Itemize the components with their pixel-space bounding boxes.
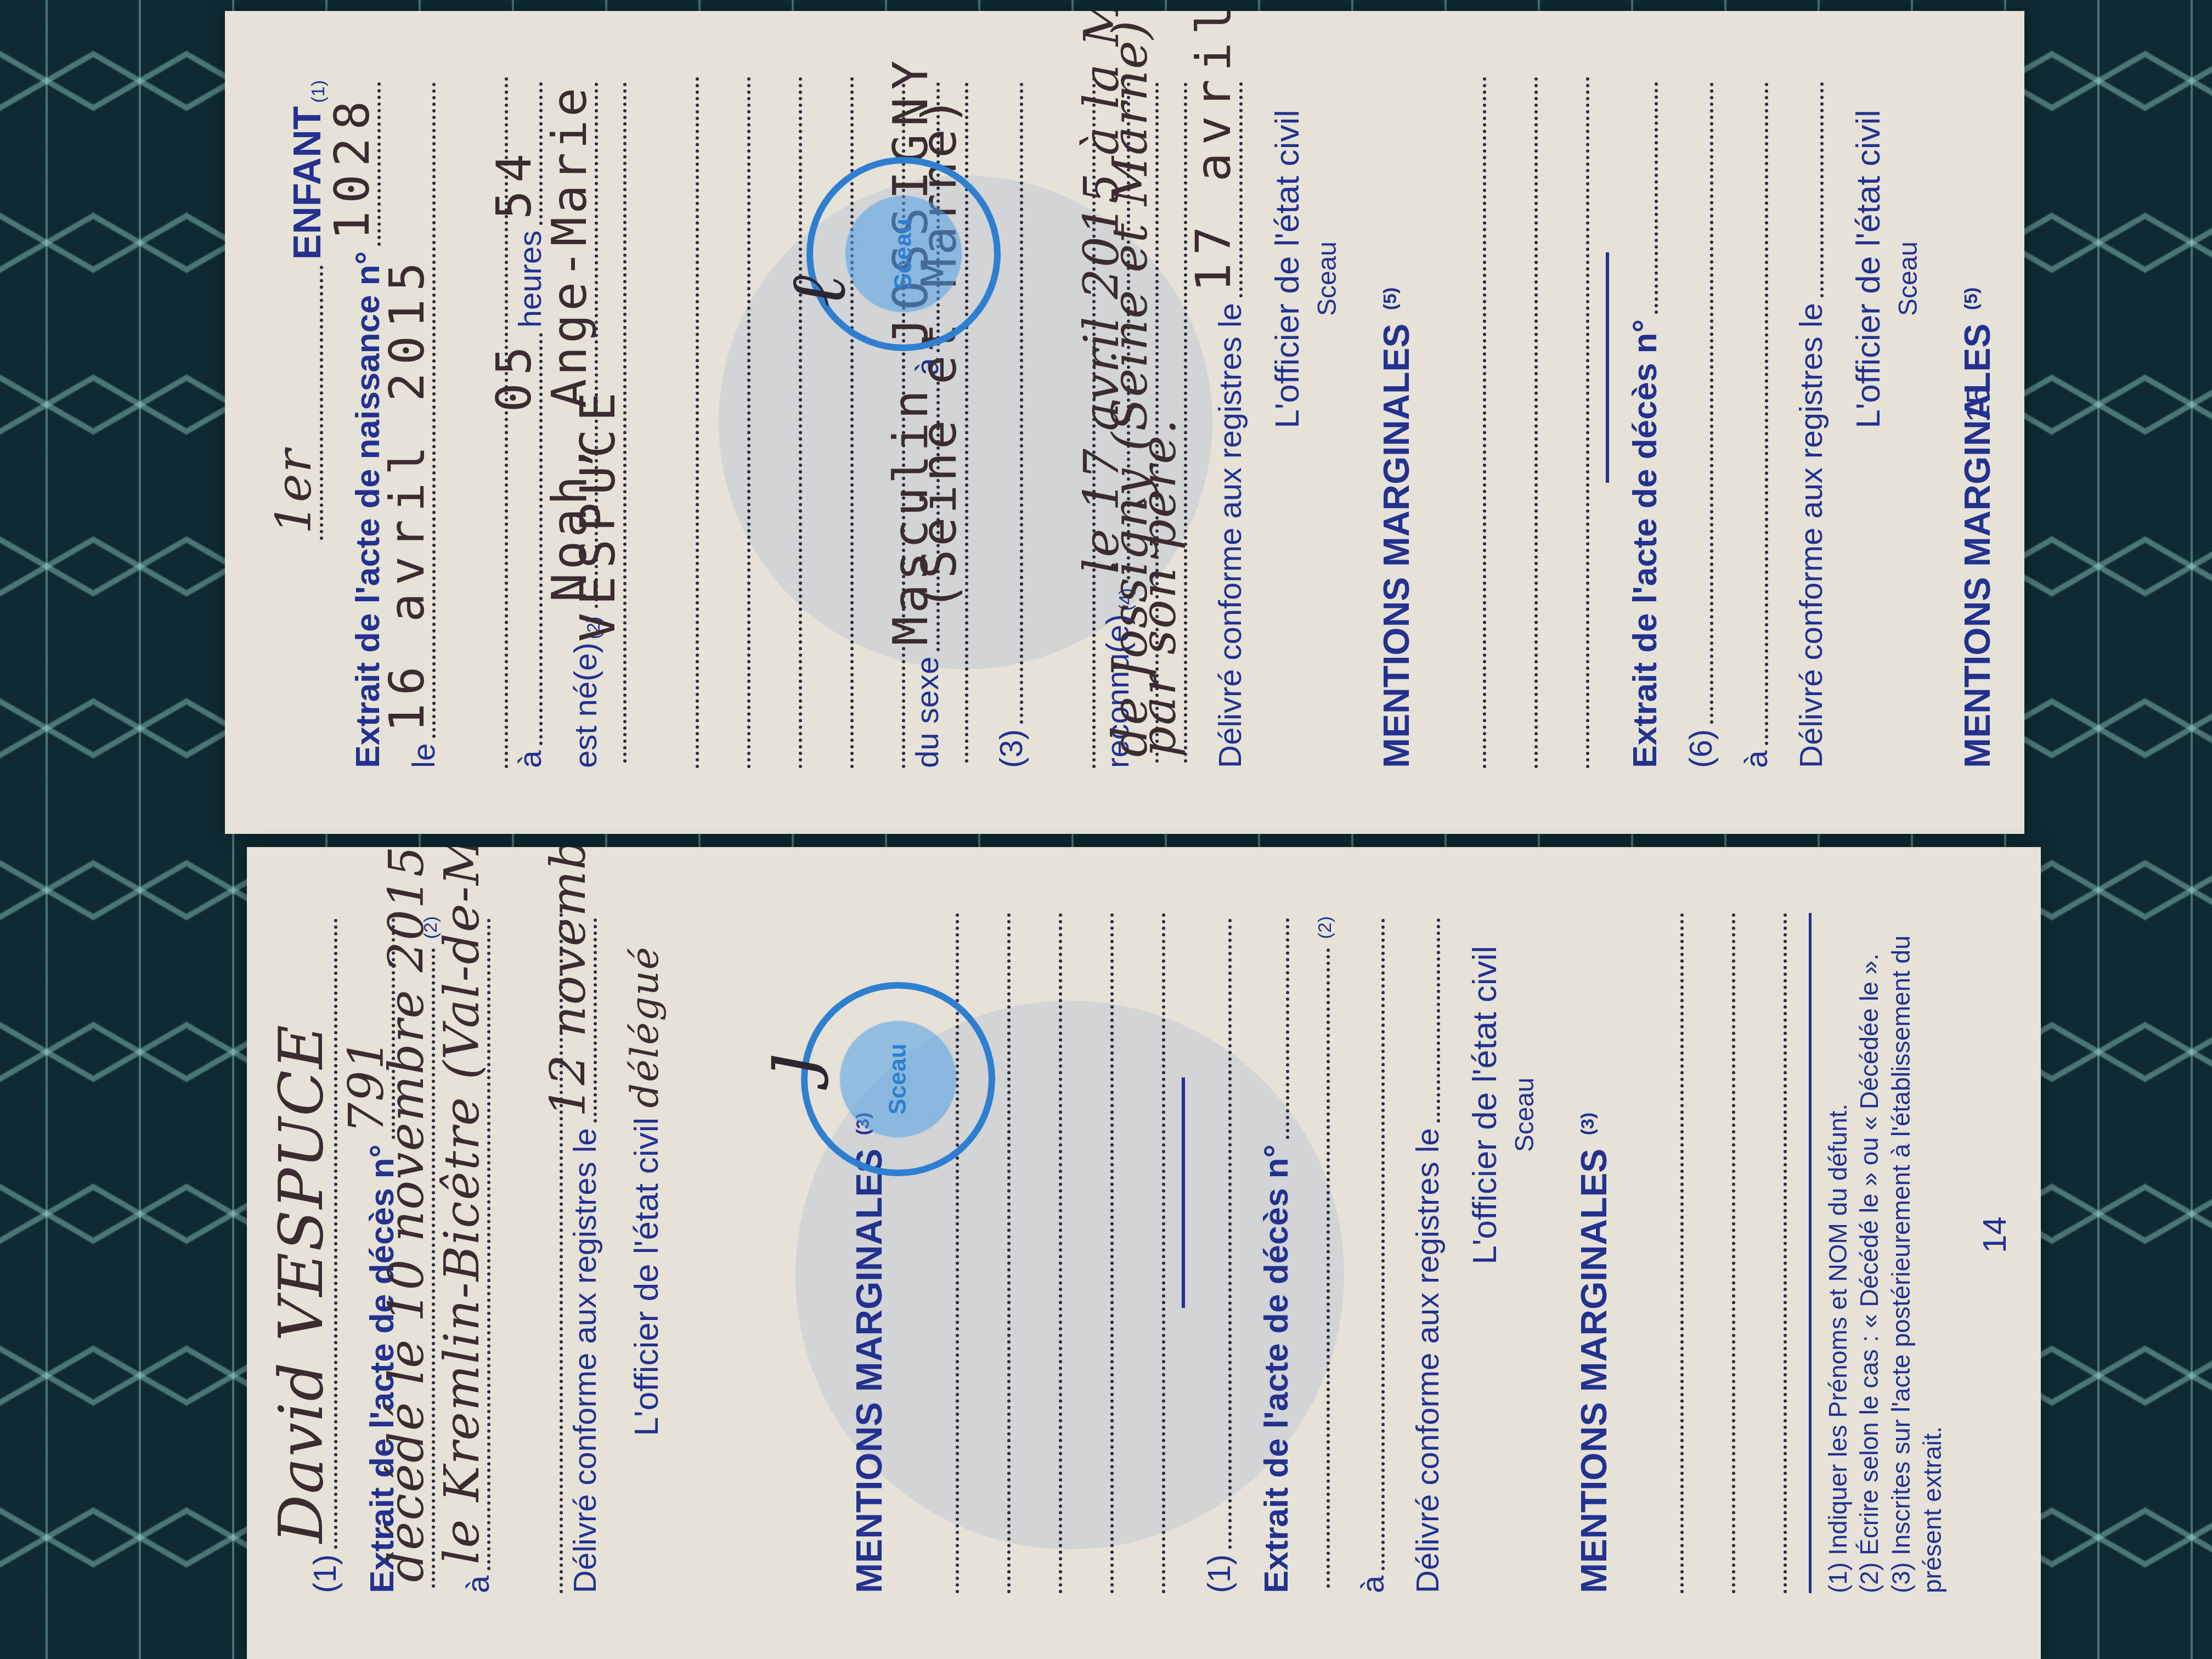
death-extract-row-2: Extrait de l'acte de décès n° (1257, 913, 1296, 1593)
stamp-center-text: Sceau (884, 1007, 912, 1152)
left-page-14: (1) David VESPUCE Extrait de l'acte de d… (247, 847, 2041, 1659)
delivered-row: Délivré conforme aux registres le 17 avr… (1212, 77, 1249, 768)
marginal-mentions-heading-2: MENTIONS MARGINALES (3) (1573, 913, 1615, 1593)
a-label: à (460, 1576, 497, 1593)
death-extract-row: Extrait de l'acte de décès n° (1626, 77, 1664, 768)
marginal-mentions-heading-2: MENTIONS MARGINALES (5) (1956, 77, 1998, 768)
delivered-label: Délivré conforme aux registres le (1793, 303, 1830, 768)
blank-line (1542, 77, 1589, 768)
surname-value: VESPUCE (570, 385, 625, 642)
footnote-ref: (5) (1961, 287, 1982, 311)
seal-label: Sceau (1510, 1077, 1540, 1593)
footnote-ref: (5) (1380, 287, 1401, 311)
stamp-space (673, 913, 815, 1593)
divider (1606, 252, 1609, 483)
footnote-ref: (3) (1577, 1113, 1598, 1136)
rank-field: 1er (320, 266, 323, 540)
blank-line (703, 77, 751, 768)
right-page-15: 1er ENFANT (1) Extrait de l'acte de nais… (225, 11, 2024, 834)
minute-value: 54 (486, 146, 541, 219)
blank-line (652, 77, 699, 768)
officer-label: L'officier de l'état civil (1849, 110, 1888, 768)
note6-field (1710, 82, 1713, 724)
hour-value: 05 (486, 338, 541, 412)
deceased-name-row: (1) David VESPUCE (307, 913, 344, 1593)
deceased-name-field: David VESPUCE (334, 918, 337, 1549)
delivered-row-2: Délivré conforme aux registres le (1410, 913, 1447, 1593)
officer-label: L'officier de l'état civil (1465, 946, 1504, 1593)
note6-row: (6) (1683, 77, 1720, 768)
blank-line (1740, 913, 1787, 1593)
delivered-label: Délivré conforme aux registres le (1410, 1128, 1447, 1593)
kremlin-bicetre-stamp: Sceau (801, 982, 995, 1176)
est-ne-label: est né(e) (568, 642, 605, 768)
stamp-center-text: Sceau (890, 182, 917, 326)
sex-label: du sexe (910, 657, 946, 768)
birth-date-field: 16 avril 2015 (432, 82, 436, 738)
rank-value: 1er (266, 448, 321, 534)
surname-field: VESPUCE (623, 82, 627, 763)
death-place-field: le Kremlin-Bicêtre (Val-de-Marne) (487, 918, 490, 1570)
divider (1182, 1077, 1185, 1308)
death-place-field-2 (1381, 918, 1385, 1570)
officer-handwritten: délégué (622, 946, 667, 1108)
seal-label: Sceau (1893, 241, 1923, 768)
death-delivered-field (1820, 82, 1824, 297)
blank-line (1491, 77, 1538, 768)
officer-row: L'officier de l'état civil délégué (622, 946, 667, 1593)
officer-signature: ȷ (741, 1054, 830, 1077)
blank-line (1015, 913, 1062, 1593)
death-place-row-2: à (1355, 913, 1392, 1593)
death-number-field-2 (1286, 918, 1289, 1139)
child-title: ENFANT (285, 106, 330, 260)
deceased-name-row-2: (1) (1201, 913, 1238, 1593)
footnote-ref: (1) (1201, 1554, 1238, 1593)
marginal-mentions-heading: MENTIONS MARGINALES (5) (1375, 77, 1417, 768)
officer-label: L'officier de l'état civil (1268, 110, 1307, 768)
recognized-value-3: par son père. (1131, 418, 1186, 757)
footnote-item: (2) Écrire selon le cas : « Décédé le » … (1854, 913, 1886, 1593)
marginal-mentions-title: MENTIONS MARGINALES (1376, 324, 1417, 768)
blank-line (2020, 77, 2024, 768)
a-label: à (1355, 1576, 1392, 1593)
officer-signature: ℓ (774, 275, 863, 307)
delivered-date-value: 17 avril 2015 (1186, 11, 1241, 292)
birth-date-row: le 16 avril 2015 (406, 77, 443, 768)
footnote-ref: (6) (1683, 729, 1720, 768)
note3-field (1020, 82, 1023, 724)
le-label: le (406, 743, 443, 768)
deceased-name-field-2 (1228, 918, 1232, 1549)
blank-line (1439, 77, 1486, 768)
a-label: à (1739, 751, 1775, 768)
page-number: 14 (1976, 1216, 2013, 1253)
delivered-row: Délivré conforme aux registres le 12 nov… (567, 913, 604, 1593)
delivered-date-value: 12 novembre 2015 (540, 847, 596, 1117)
death-place-row: à (1739, 77, 1775, 768)
blank-line (1637, 913, 1684, 1593)
death-date-field-2 (1327, 948, 1330, 1588)
birth-date-value: 16 avril 2015 (379, 255, 435, 732)
footnote-item: (3) Inscrites sur l'acte postérieurement… (1886, 913, 1949, 1593)
officer-label: L'officier de l'état civil (628, 1118, 665, 1436)
delivered-date-field-2 (1437, 918, 1440, 1122)
blank-line (755, 77, 802, 768)
note3-row: (3) (994, 77, 1030, 768)
delivered-date-field: 12 novembre 2015 (594, 918, 597, 1122)
seal-label: Sceau (1312, 241, 1342, 768)
footnote-ref: (1) (307, 1554, 344, 1593)
a-label: à (512, 751, 549, 768)
death-place-row: à le Kremlin-Bicêtre (Val-de-Marne) (460, 913, 497, 1593)
blank-line (1118, 913, 1165, 1593)
footnotes: (1) Indiquer les Prénoms et NOM du défun… (1809, 913, 1949, 1593)
delivered-date-field: 17 avril 2015 (1239, 82, 1243, 297)
marginal-mentions-title: MENTIONS MARGINALES (1573, 1149, 1614, 1593)
death-place-value: le Kremlin-Bicêtre (Val-de-Marne) (434, 847, 489, 1565)
death-date-value: décédé le 10 novembre 2015 (379, 847, 434, 1582)
delivered-label: Délivré conforme aux registres le (1212, 303, 1249, 768)
death-date-row-2: (2) (1314, 913, 1336, 1593)
deceased-name-value: David VESPUCE (267, 1024, 336, 1543)
blank-line (1066, 913, 1114, 1593)
marginal-mentions-title: MENTIONS MARGINALES (849, 1149, 889, 1593)
death-extract-title: Extrait de l'acte de décès n° (1626, 319, 1664, 768)
page-number: 15 (1959, 386, 1997, 422)
delivered-label: Délivré conforme aux registres le (567, 1128, 604, 1593)
birth-number-field: 1028 (377, 82, 381, 246)
death-delivered-row: Délivré conforme aux registres le (1793, 77, 1830, 768)
death-extract-title: Extrait de l'acte de décès n° (1257, 1144, 1296, 1593)
death-number-field (1655, 82, 1658, 314)
footnote-ref: (2) (1314, 916, 1336, 939)
birth-number-value: 1028 (324, 93, 380, 240)
blank-line (1688, 913, 1735, 1593)
footnote-ref: (3) (994, 729, 1030, 768)
surname-row: VESPUCE (623, 77, 633, 768)
jossigny-stamp: Sceau (806, 157, 1001, 351)
child-header: 1er ENFANT (1) (285, 77, 330, 768)
footnote-item: (1) Indiquer les Prénoms et NOM du défun… (1822, 913, 1854, 1593)
death-place-field (1765, 82, 1768, 745)
